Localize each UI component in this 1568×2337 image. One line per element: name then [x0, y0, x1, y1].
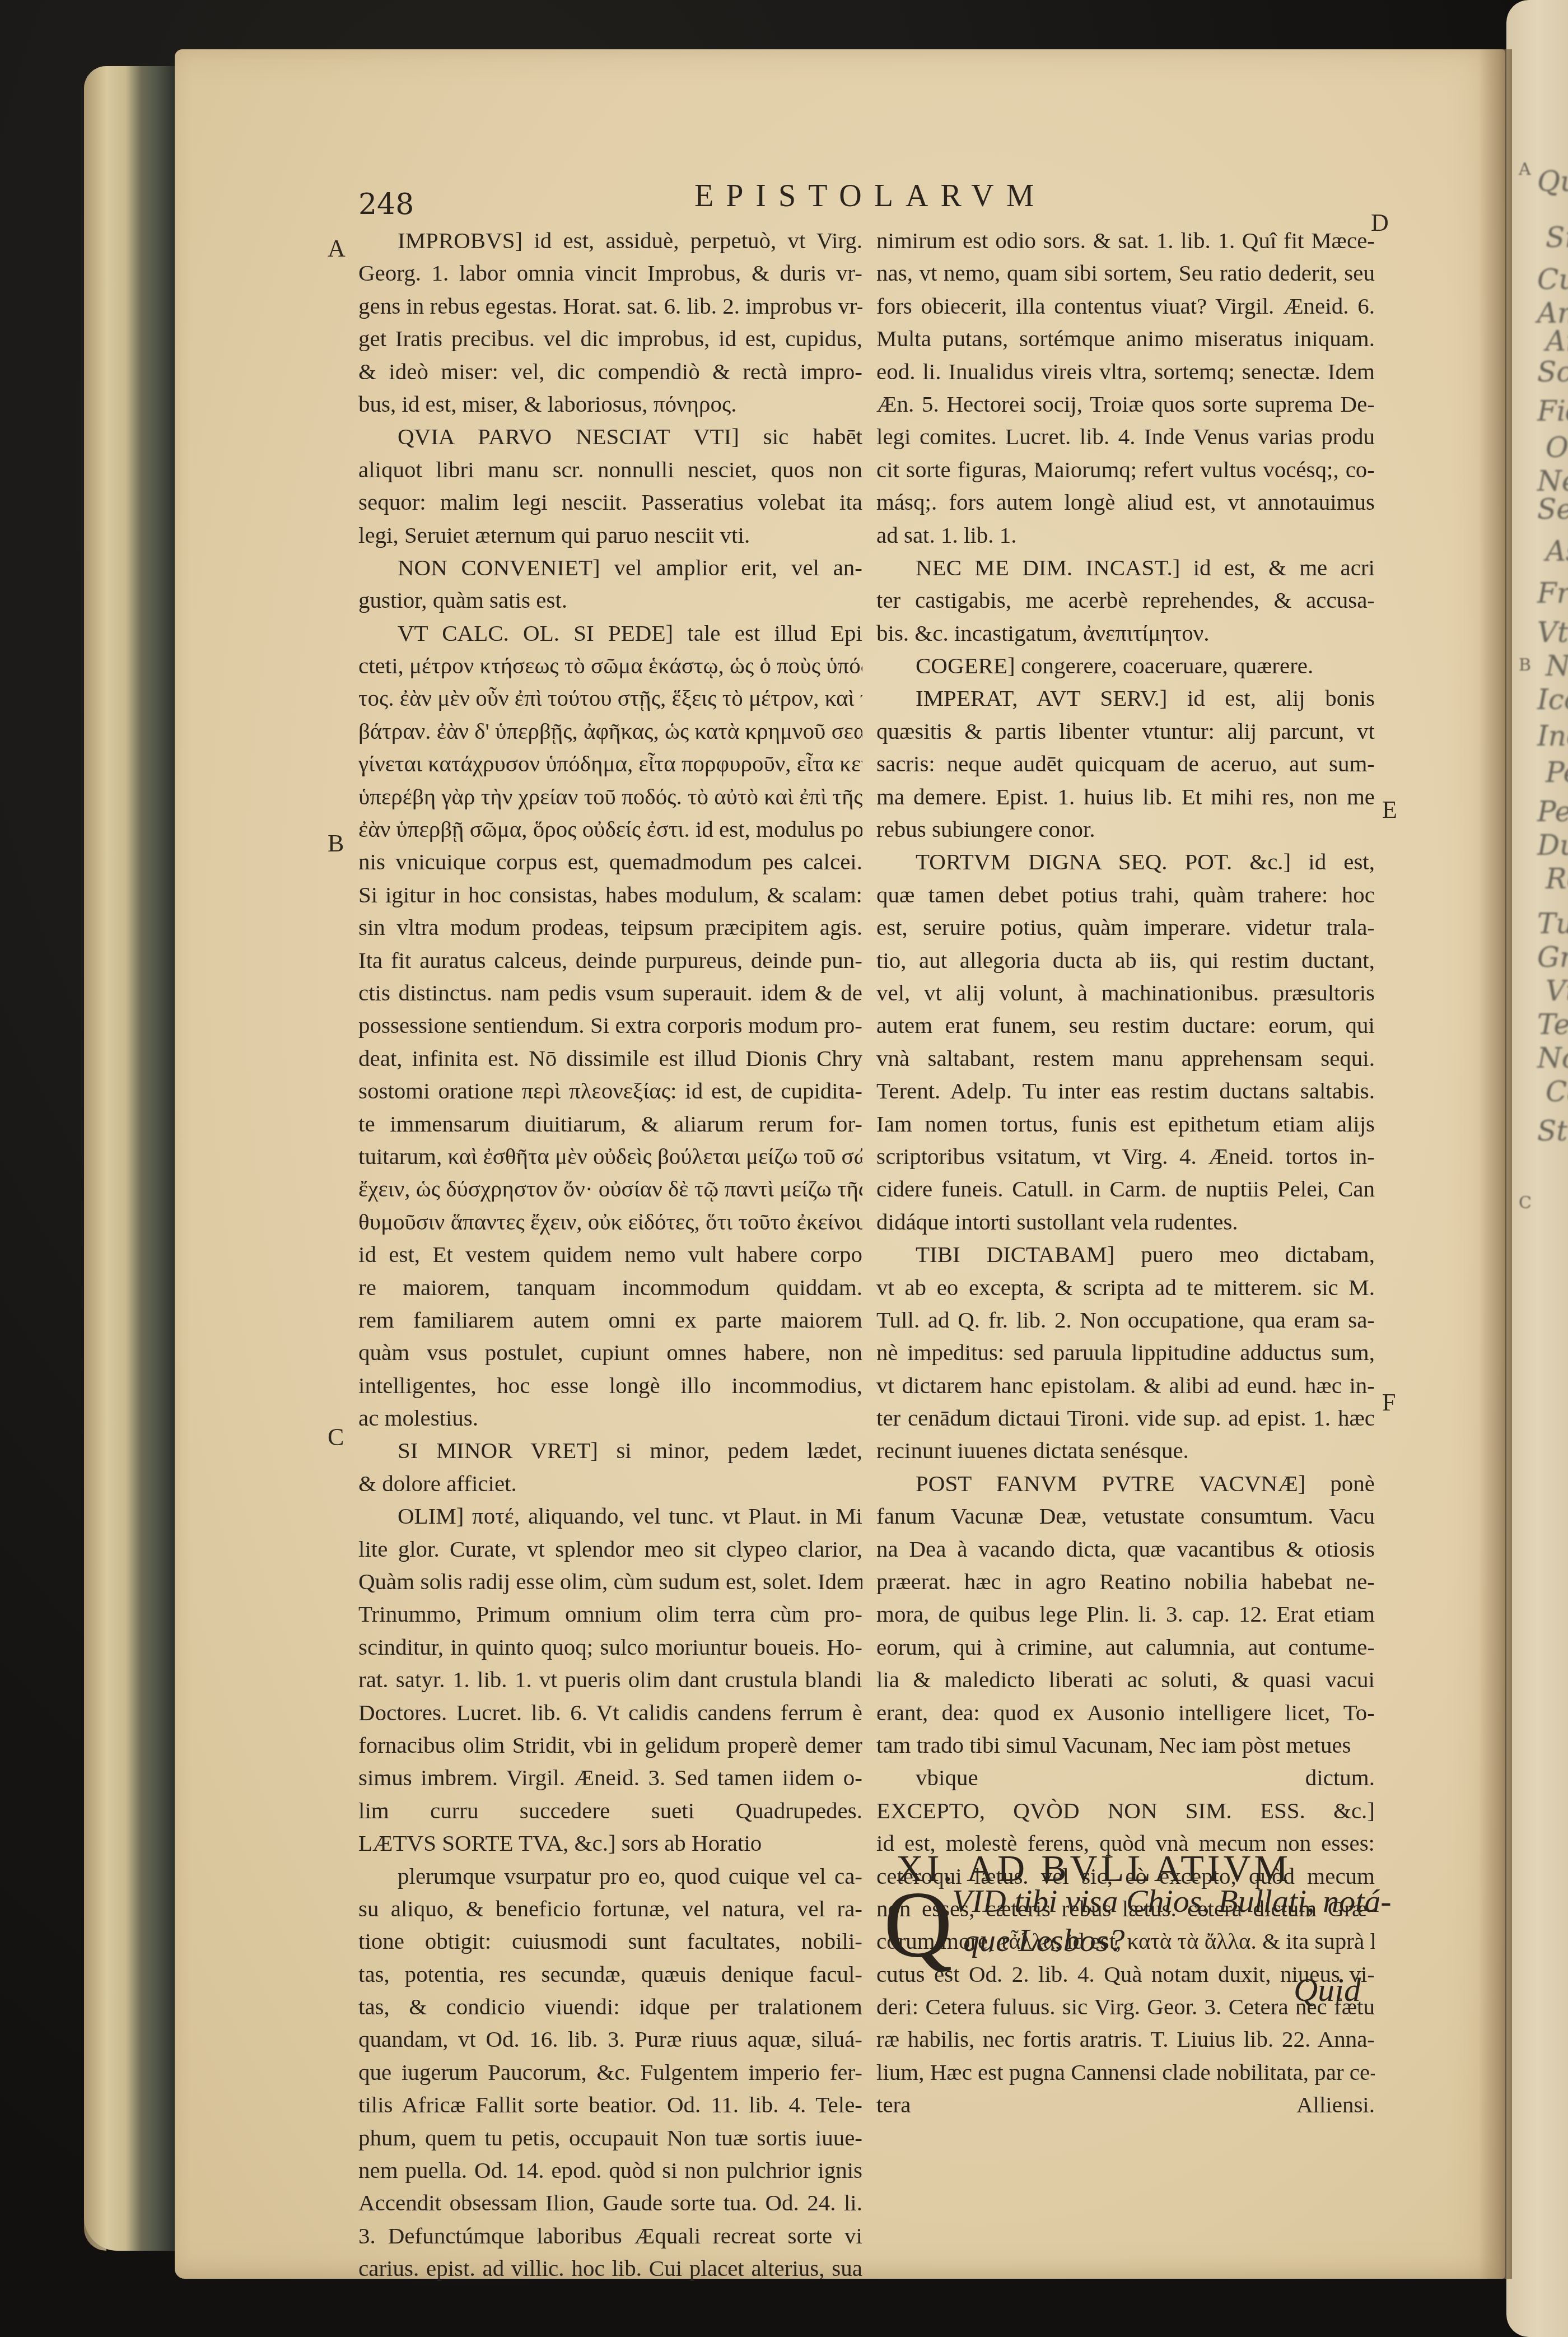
- facing-page-fragment: Sed: [1537, 493, 1568, 525]
- text-line: rem familiarem autem omni ex parte maior…: [358, 1303, 862, 1336]
- facing-margin-letter: C: [1519, 1193, 1532, 1213]
- text-line: plerumque vsurpatur pro eo, quod cuique …: [358, 1860, 862, 1892]
- text-line: nè impeditus: sed paruula lippitudine ad…: [876, 1336, 1375, 1368]
- text-line: gustior, quàm satis est.: [358, 584, 862, 616]
- text-line: su aliquo, & beneficio fortunæ, vel natu…: [358, 1892, 862, 1925]
- text-line: Æn. 5. Hectorei socij, Troiæ quos sorte …: [876, 388, 1375, 420]
- verse-line-2: que Lesbos?: [963, 1921, 1124, 1959]
- catchword: Quid: [1294, 1971, 1361, 2009]
- commentary-right-column: nimirum est odio sors. & sat. 1. lib. 1.…: [876, 224, 1375, 2121]
- text-line: bus, id est, miser, & laboriosus, πόνηρο…: [358, 388, 862, 420]
- text-line: cteti, μέτρον κτήσεως τὸ σῶμα ἑκάστῳ, ὡς…: [358, 649, 862, 682]
- facing-page-fragment: Scis: [1537, 356, 1568, 388]
- text-line: & ideò miser: vel, dic compendiò & rectà…: [358, 355, 862, 388]
- text-line: nas, vt nemo, quam sibi sortem, Seu rati…: [876, 257, 1375, 289]
- text-line: est, seruire potius, quàm imperare. vide…: [876, 911, 1375, 943]
- text-line: tione obtigit: cuiusmodi sunt facultates…: [358, 1925, 862, 1957]
- text-line: ac molestius.: [358, 1402, 862, 1434]
- text-line: Quàm solis radij esse olim, cùm sudum es…: [358, 1565, 862, 1598]
- page-number: 248: [358, 188, 414, 221]
- text-line: fanum Vacunæ Deæ, vetustate consumtum. V…: [876, 1500, 1375, 1532]
- facing-page-fragment: Gra: [1537, 941, 1568, 974]
- text-line: vbique dictum.: [876, 1761, 1375, 1794]
- text-line: vt ab eo excepta, & scripta ad te mitter…: [876, 1271, 1375, 1303]
- text-line: θυμοῦσιν ἅπαντες ἔχειν, οὐκ εἰδότες, ὅτι…: [358, 1205, 862, 1238]
- text-line: ad sat. 1. lib. 1.: [876, 519, 1375, 551]
- facing-page-fragment: An: [1546, 325, 1568, 357]
- text-line: tas, potentia, res secundæ, quæuis deniq…: [358, 1958, 862, 1990]
- facing-margin-letter: A: [1519, 160, 1531, 179]
- text-line: TIBI DICTABAM] puero meo dictabam,: [876, 1238, 1375, 1270]
- text-line: nem puella. Od. 14. epod. quòd si non pu…: [358, 2154, 862, 2186]
- text-line: tilis Africæ Fallit sorte beatior. Od. 1…: [358, 2088, 862, 2121]
- text-line: & dolore afficiet.: [358, 1467, 862, 1500]
- text-line: vt dictarem hanc epistolam. & alibi ad e…: [876, 1369, 1375, 1402]
- facing-page-fragment: Tu: [1537, 907, 1568, 940]
- text-line: scinditur, in quinto quoq; sulco moriunt…: [358, 1631, 862, 1663]
- text-line: Ita fit auratus calceus, deinde purpureu…: [358, 944, 862, 976]
- text-line: tio, aut allegoria ducta ab iis, qui res…: [876, 944, 1375, 976]
- text-line: quæ tamen debet potius trahi, quàm trahe…: [876, 878, 1375, 911]
- facing-page-fragment: Fide: [1537, 395, 1568, 427]
- text-line: Accendit obsessam Ilion, Gaude sorte tua…: [358, 2186, 862, 2219]
- text-line: simus imbrem. Virgil. Æneid. 3. Sed tame…: [358, 1761, 862, 1794]
- facing-page-fragment: Te: [1537, 1008, 1568, 1041]
- text-line: ὑπερέβη γὰρ τὴν χρείαν τοῦ ποδός. τὸ αὐτ…: [358, 780, 862, 813]
- text-line: POST FANVM PVTRE VACVNÆ] ponè: [876, 1467, 1375, 1500]
- text-line: quandam, vt Od. 16. lib. 3. Puræ riuus a…: [358, 2023, 862, 2055]
- text-line: lite glor. Curate, vt splendor meo sit c…: [358, 1533, 862, 1565]
- text-line: fors obiecerit, illa contentus viuat? Vi…: [876, 290, 1375, 322]
- text-line: vel, vt alij volunt, à machinationibus. …: [876, 976, 1375, 1009]
- text-line: que iugerum Paucorum, &c. Fulgentem impe…: [358, 2056, 862, 2088]
- text-line: cit sorte figuras, Maiorumq; refert vult…: [876, 453, 1375, 486]
- running-head: EPISTOLARVM: [694, 178, 1047, 214]
- text-line: TORTVM DIGNA SEQ. POT. &c.] id est,: [876, 845, 1375, 878]
- text-line: te immensarum diuitiarum, & aliarum reru…: [358, 1107, 862, 1140]
- text-line: aliquot libri manu scr. nonnulli nesciet…: [358, 453, 862, 486]
- text-line: vnà saltabant, restem manu apprehensam s…: [876, 1042, 1375, 1074]
- text-line: recinunt iuuenes dictata senésque.: [876, 1434, 1375, 1467]
- text-line: 3. Defunctúmque laboribus Æquali recreat…: [358, 2219, 862, 2252]
- text-line: nimirum est odio sors. & sat. 1. lib. 1.…: [876, 224, 1375, 257]
- text-line: Terent. Adelp. Tu inter eas restim ducta…: [876, 1074, 1375, 1107]
- facing-page-fragment: Asp: [1546, 535, 1568, 567]
- text-line: sostomi oratione περὶ πλεονεξίας: id est…: [358, 1074, 862, 1107]
- text-line: eod. li. Inualidus vireis vltra, sortemq…: [876, 355, 1375, 388]
- facing-page-fragment: Nec: [1546, 650, 1568, 682]
- text-line: sacris: neque audēt quicquam de aceruo, …: [876, 747, 1375, 780]
- text-line: præerat. hæc in agro Reatino nobilia hab…: [876, 1565, 1375, 1598]
- text-line: sin vltra modum prodeas, teipsum præcipi…: [358, 911, 862, 943]
- gutter-shadow: [1478, 49, 1512, 2279]
- facing-page-fragment: Obl: [1546, 431, 1568, 464]
- facing-page-fragment: Smy: [1546, 221, 1568, 254]
- margin-letter-e: E: [1382, 795, 1397, 824]
- text-line: IMPROBVS] id est, assiduè, perpetuò, vt …: [358, 224, 862, 257]
- text-line: VT CALC. OL. SI PEDE] tale est illud Epi: [358, 617, 862, 649]
- text-line: id est, Et vestem quidem nemo vult haber…: [358, 1238, 862, 1270]
- facing-page-fragment: Vt f: [1537, 616, 1568, 649]
- text-line: legi, Seruiet æternum qui paruo nesciit …: [358, 519, 862, 551]
- text-line: quæsitis & partis libenter vtuntur: alij…: [876, 715, 1375, 747]
- margin-letter-b: B: [328, 829, 344, 858]
- text-line: EXCEPTO, QVÒD NON SIM. ESS. &c.]: [876, 1794, 1375, 1827]
- text-line: didáque intorti sustollant vela rudentes…: [876, 1205, 1375, 1238]
- text-line: tam trado tibi simul Vacunam, Nec iam pò…: [876, 1729, 1375, 1761]
- facing-page-fragment: Iccir: [1537, 683, 1568, 716]
- facing-page-fragment: No: [1537, 1042, 1568, 1074]
- text-line: Si igitur in hoc consistas, habes modulu…: [358, 878, 862, 911]
- text-line: phum, quem tu petis, occupauit Non tuæ s…: [358, 2121, 862, 2154]
- text-line: eorum, qui à crimine, aut calumnia, aut …: [876, 1631, 1375, 1663]
- facing-margin-letter: B: [1519, 655, 1531, 675]
- text-line: ἔχειν, ὡς δύσχρηστον ὄν· οὐσίαν δὲ τῷ πα…: [358, 1172, 862, 1205]
- text-line: ἐὰν ὑπερβῇ σῶμα, ὅρος οὐδείς ἐστι. id es…: [358, 813, 862, 845]
- text-line: intelligentes, hoc esse longè illo incom…: [358, 1369, 862, 1402]
- text-line: OLIM] ποτέ, aliquando, vel tunc. vt Plau…: [358, 1500, 862, 1532]
- text-line: tera Alliensi.: [876, 2088, 1375, 2121]
- text-line: γίνεται κατάχρυσον ὑπόδημα, εἶτα πορφυρο…: [358, 747, 862, 780]
- text-line: Iam nomen tortus, funis est epithetum et…: [876, 1107, 1375, 1140]
- text-line: tuitarum, καὶ ἐσθῆτα μὲν οὐδεὶς βούλεται…: [358, 1140, 862, 1172]
- text-line: quàm vsus postulet, cupiunt omnes habere…: [358, 1336, 862, 1368]
- text-line: βάτραν. ἐὰν δ' ὑπερβῇς, ἀφῆκας, ὡς κατὰ …: [358, 715, 862, 747]
- text-line: get Iratis precibus. vel dic improbus, i…: [358, 322, 862, 355]
- text-line: Trinummo, Primum omnium olim terra cùm p…: [358, 1598, 862, 1630]
- text-line: ræ habilis, nec fortis aratris. T. Liuiu…: [876, 2023, 1375, 2055]
- text-line: ctis distinctus. nam pedis vsum superaui…: [358, 976, 862, 1009]
- text-line: SI MINOR VRET] si minor, pedem lædet,: [358, 1434, 862, 1467]
- text-line: rebus subiungere conor.: [876, 813, 1375, 845]
- text-line: ter cenādum dictaui Tironi. vide sup. ad…: [876, 1402, 1375, 1434]
- text-line: Tull. ad Q. fr. lib. 2. Non occupatione,…: [876, 1303, 1375, 1336]
- text-line: NON CONVENIET] vel amplior erit, vel an-: [358, 551, 862, 584]
- text-line: cidere funeis. Catull. in Carm. de nupti…: [876, 1172, 1375, 1205]
- text-line: scriptoribus vsitatum, vt Virg. 4. Æneid…: [876, 1140, 1375, 1172]
- text-line: gens in rebus egestas. Horat. sat. 6. li…: [358, 290, 862, 322]
- commentary-left-column: IMPROBVS] id est, assiduè, perpetuò, vt …: [358, 224, 862, 2285]
- text-line: Multa putans, sortémque animo miseratus …: [876, 322, 1375, 355]
- facing-page-fragment: Ca: [1546, 1076, 1568, 1108]
- text-line: re maiorem, tanquam incommodum quiddam.: [358, 1271, 862, 1303]
- text-line: Georg. 1. labor omnia vincit Improbus, &…: [358, 257, 862, 289]
- text-line: fornacibus olim Stridit, vbi in gelidum …: [358, 1729, 862, 1761]
- text-line: mora, de quibus lege Plin. li. 3. cap. 1…: [876, 1598, 1375, 1630]
- margin-letter-f: F: [1382, 1388, 1396, 1417]
- text-line: COGERE] congerere, coaceruare, quærere.: [876, 649, 1375, 682]
- facing-page-fragment: Rom: [1546, 863, 1568, 895]
- facing-page-fragment: Per: [1537, 795, 1568, 828]
- text-line: lim curru succedere sueti Quadrupedes.: [358, 1794, 862, 1827]
- text-line: tas, & condicio viuendi: idque per trala…: [358, 1990, 862, 2023]
- text-line: τος. ἐὰν μὲν οὖν ἐπὶ τούτου στῇς, ἕξεις …: [358, 682, 862, 714]
- drop-cap: Q: [884, 1877, 953, 1972]
- facing-page-fragment: Pen: [1546, 756, 1568, 789]
- text-line: bis. &c. incastigatum, ἀνεπιτίμητον.: [876, 617, 1375, 649]
- text-line: LÆTVS SORTE TVA, &c.] sors ab Horatio: [358, 1827, 862, 1859]
- text-line: possessione sentiendum. Si extra corpori…: [358, 1009, 862, 1041]
- text-line: autem erat funem, seu restim ductare: eo…: [876, 1009, 1375, 1041]
- text-line: Doctores. Lucret. lib. 6. Vt calidis can…: [358, 1696, 862, 1729]
- margin-letter-c: C: [328, 1423, 344, 1451]
- text-line: sequor: malim legi nesciit. Passeratius …: [358, 486, 862, 518]
- text-line: erant, dea: quod ex Ausonio intelligere …: [876, 1696, 1375, 1729]
- binding-ridge: [84, 66, 106, 2251]
- facing-page-fragment: Stre: [1537, 1115, 1568, 1147]
- text-line: IMPERAT, AVT SERV.] id est, alij bonis: [876, 682, 1375, 714]
- facing-page-fragment: Vt,: [1546, 975, 1568, 1007]
- text-line: lia & maledicto liberati ac soluti, & qu…: [876, 1663, 1375, 1696]
- text-line: legi comites. Lucret. lib. 4. Inde Venus…: [876, 420, 1375, 453]
- facing-page-fragment: Dun: [1537, 829, 1568, 862]
- text-line: QVIA PARVO NESCIAT VTI] sic habēt: [358, 420, 862, 453]
- facing-page-fragment: Qu: [1537, 165, 1568, 198]
- verse-line-1: VID tibi visa Chios, Bullati, notá-: [952, 1882, 1392, 1920]
- text-line: ma demere. Epist. 1. huius lib. Et mihi …: [876, 780, 1375, 813]
- text-line: nis vnicuique corpus est, quemadmodum pe…: [358, 845, 862, 878]
- text-line: NEC ME DIM. INCAST.] id est, & me acri: [876, 551, 1375, 584]
- text-line: lium, Hæc est pugna Cannensi clade nobil…: [876, 2056, 1375, 2088]
- facing-page-fragment: Frig: [1537, 577, 1568, 609]
- text-line: másq;. fors autem longè aliud est, vt an…: [876, 486, 1375, 518]
- text-line: ter castigabis, me acerbè reprehendes, &…: [876, 584, 1375, 616]
- text-line: deat, infinita est. Nō dissimile est ill…: [358, 1042, 862, 1074]
- text-line: carius. epist. ad villic. hoc lib. Cui p…: [358, 2252, 862, 2284]
- margin-letter-a: A: [328, 234, 346, 263]
- facing-page-fragment: Inco: [1537, 720, 1568, 752]
- text-line: na Dea à vacando dicta, quæ vacantibus &…: [876, 1533, 1375, 1565]
- facing-page-fragment: Cu: [1537, 263, 1568, 296]
- text-line: rat. satyr. 1. lib. 1. vt pueris olim da…: [358, 1663, 862, 1696]
